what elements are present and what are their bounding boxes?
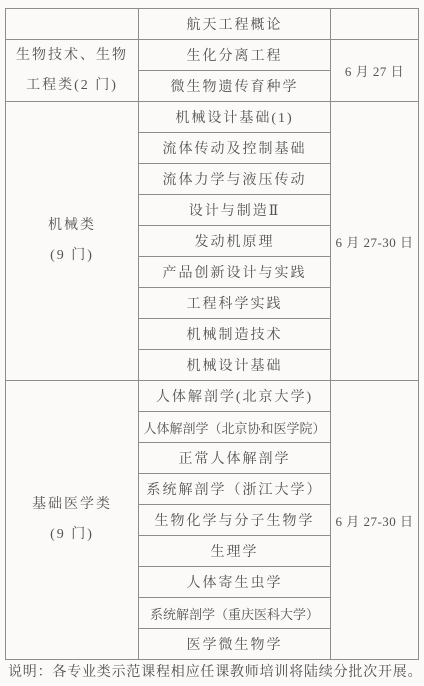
date-cell: 6 月 27-30 日 xyxy=(331,381,419,660)
course-cell: 微生物遗传育种学 xyxy=(139,71,331,102)
date-cell: 6 月 27 日 xyxy=(331,40,419,102)
category-label-line: 机械类 xyxy=(6,211,138,241)
category-label-line: (9 门) xyxy=(6,520,138,550)
course-cell: 机械设计基础 xyxy=(139,350,331,381)
footnote: 说明：各专业类示范课程相应任课教师培训将陆续分批次开展。 xyxy=(8,663,418,683)
category-label-line: (9 门) xyxy=(6,241,138,271)
table-row: 机械类 (9 门) 机械设计基础(1) 6 月 27-30 日 xyxy=(6,102,419,133)
course-cell: 人体寄生虫学 xyxy=(139,567,331,598)
date-cell xyxy=(331,9,419,40)
course-cell: 航天工程概论 xyxy=(139,9,331,40)
category-cell: 基础医学类 (9 门) xyxy=(6,381,139,660)
course-cell: 生化分离工程 xyxy=(139,40,331,71)
date-cell: 6 月 27-30 日 xyxy=(331,102,419,381)
course-cell: 流体力学与液压传动 xyxy=(139,164,331,195)
category-label-line: 工程类(2 门) xyxy=(6,71,138,101)
course-cell: 系统解剖学（重庆医科大学） xyxy=(139,598,331,629)
course-cell: 医学微生物学 xyxy=(139,629,331,660)
category-label-line: 基础医学类 xyxy=(6,490,138,520)
course-cell: 机械设计基础(1) xyxy=(139,102,331,133)
course-cell: 设计与制造Ⅱ xyxy=(139,195,331,226)
course-cell: 生理学 xyxy=(139,536,331,567)
course-cell: 系统解剖学（浙江大学） xyxy=(139,474,331,505)
course-schedule-table: 航天工程概论 生物技术、生物 工程类(2 门) 生化分离工程 6 月 27 日 … xyxy=(5,8,419,660)
category-cell: 生物技术、生物 工程类(2 门) xyxy=(6,40,139,102)
category-cell xyxy=(6,9,139,40)
category-label-line: 生物技术、生物 xyxy=(6,41,138,71)
category-cell: 机械类 (9 门) xyxy=(6,102,139,381)
course-cell: 人体解剖学(北京大学) xyxy=(139,381,331,412)
course-cell: 机械制造技术 xyxy=(139,319,331,350)
course-cell: 人体解剖学（北京协和医学院） xyxy=(139,412,331,443)
course-cell: 发动机原理 xyxy=(139,226,331,257)
table-row: 基础医学类 (9 门) 人体解剖学(北京大学) 6 月 27-30 日 xyxy=(6,381,419,412)
course-cell: 生物化学与分子生物学 xyxy=(139,505,331,536)
table-row: 航天工程概论 xyxy=(6,9,419,40)
course-cell: 工程科学实践 xyxy=(139,288,331,319)
course-cell: 流体传动及控制基础 xyxy=(139,133,331,164)
table-row: 生物技术、生物 工程类(2 门) 生化分离工程 6 月 27 日 xyxy=(6,40,419,71)
course-cell: 产品创新设计与实践 xyxy=(139,257,331,288)
course-cell: 正常人体解剖学 xyxy=(139,443,331,474)
